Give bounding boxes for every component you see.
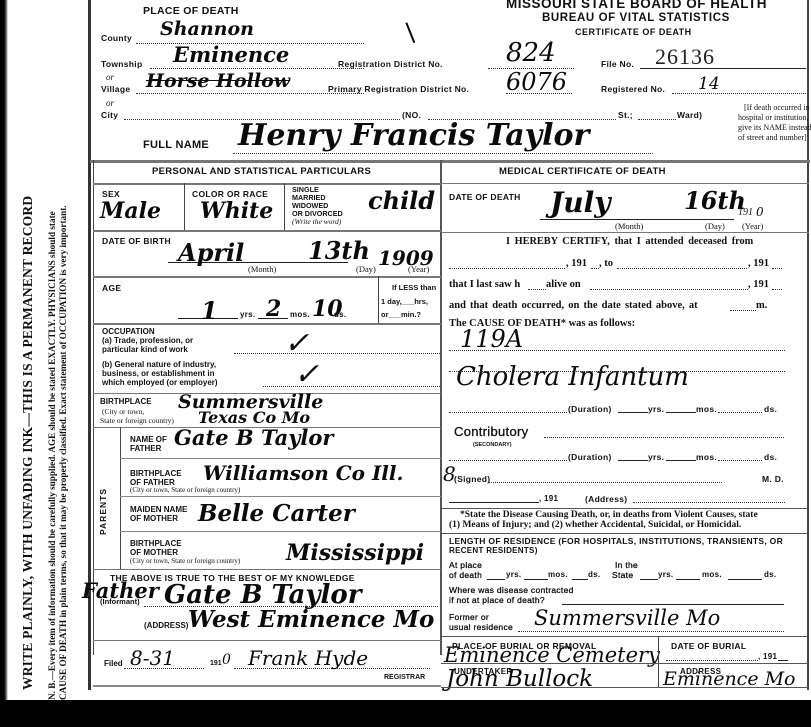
dod-year-value: 0 bbox=[756, 205, 764, 219]
nb-note-line-1: N. B.—Every item of information should b… bbox=[47, 211, 57, 700]
city-label: City bbox=[101, 110, 118, 120]
filed-year-value: 0 bbox=[222, 652, 231, 668]
agency-title: MISSOURI STATE BOARD OF HEALTH bbox=[506, 0, 767, 11]
sex-value: Male bbox=[100, 198, 161, 224]
undertaker-value: John Bullock bbox=[446, 666, 593, 692]
informant-address-label: (ADDRESS) bbox=[144, 622, 188, 630]
primary-district-label: Primary Registration District No. bbox=[328, 84, 469, 94]
place-of-death-heading: PLACE OF DEATH bbox=[143, 5, 239, 17]
scan-border-bottom bbox=[0, 700, 811, 727]
md-label: M. D. bbox=[762, 474, 784, 484]
certificate-title: CERTIFICATE OF DEATH bbox=[575, 27, 692, 37]
registered-no-label: Registered No. bbox=[601, 84, 665, 94]
section-divider bbox=[90, 160, 810, 163]
village-value-struck: Horse Hollow bbox=[146, 70, 290, 92]
full-name-label: FULL NAME bbox=[143, 139, 209, 151]
birthplace-label: BIRTHPLACE bbox=[100, 398, 152, 406]
bureau-title: BUREAU OF VITAL STATISTICS bbox=[542, 12, 730, 24]
county-value: Shannon bbox=[160, 18, 254, 40]
township-value: Eminence bbox=[173, 42, 289, 67]
file-no-label: File No. bbox=[601, 59, 634, 69]
occupation-heading: OCCUPATION bbox=[102, 328, 155, 336]
informant-address-value: West Eminence Mo bbox=[188, 606, 434, 633]
informant-label: (Informant) bbox=[100, 598, 140, 606]
date-of-death-label: DATE OF DEATH bbox=[449, 192, 521, 202]
occupation-trade-value: ✓ bbox=[284, 326, 309, 361]
dob-month-value: April bbox=[178, 238, 244, 267]
mother-maiden-name-value: Belle Carter bbox=[198, 500, 355, 527]
former-residence-value: Summersville Mo bbox=[534, 606, 720, 630]
mother-birthplace-value: Mississippi bbox=[286, 540, 424, 566]
father-name-value: Gate B Taylor bbox=[174, 425, 333, 450]
footnote-line-1: *State the Disease Causing Death, or, in… bbox=[460, 510, 758, 520]
nb-note-line-2: CAUSE OF DEATH in plain terms, so that i… bbox=[58, 205, 68, 700]
street-label: St.; bbox=[618, 110, 633, 120]
ward-label: Ward) bbox=[677, 110, 702, 120]
certify-statement: I HEREBY CERTIFY, that I attended deceas… bbox=[506, 236, 753, 247]
personal-heading: PERSONAL AND STATISTICAL PARTICULARS bbox=[152, 166, 371, 177]
registrar-label: REGISTRAR bbox=[384, 674, 425, 682]
village-label: Village bbox=[101, 84, 130, 94]
file-no-value: 26136 bbox=[655, 44, 715, 70]
age-label: AGE bbox=[102, 283, 121, 293]
binding-margin: WRITE PLAINLY, WITH UNFADING INK—THIS IS… bbox=[0, 0, 88, 727]
parents-bracket bbox=[120, 427, 121, 569]
dod-month-value: July bbox=[550, 186, 611, 219]
contributory-label: Contributory bbox=[454, 424, 528, 439]
residence-heading: LENGTH OF RESIDENCE (FOR HOSPITALS, INST… bbox=[449, 536, 783, 546]
medical-heading: MEDICAL CERTIFICATE OF DEATH bbox=[499, 166, 666, 177]
age-years-value: 1 bbox=[201, 296, 218, 325]
filed-date-value: 8-31 bbox=[130, 646, 175, 670]
permanent-record-instruction: WRITE PLAINLY, WITH UNFADING INK—THIS IS… bbox=[20, 196, 36, 690]
county-label: County bbox=[101, 33, 132, 43]
parents-label: PARENTS bbox=[98, 488, 108, 535]
full-name-value: Henry Francis Taylor bbox=[238, 118, 589, 153]
registration-district-label: Registration District No. bbox=[338, 59, 443, 69]
occupation-industry-value: ✓ bbox=[294, 357, 319, 392]
dob-day-value: 13th bbox=[308, 236, 370, 265]
signed-label: (Signed) bbox=[454, 474, 490, 484]
physician-address-label: (Address) bbox=[585, 494, 627, 504]
torn-edge bbox=[0, 0, 8, 727]
age-months-value: 2 bbox=[266, 296, 281, 322]
cause-code-value: 119A bbox=[460, 325, 523, 353]
registered-no-value: 14 bbox=[698, 74, 720, 94]
death-certificate-form: MISSOURI STATE BOARD OF HEALTH BUREAU OF… bbox=[88, 0, 811, 727]
footnote-line-2: (1) Means of Injury; and (2) whether Acc… bbox=[449, 520, 741, 530]
burial-date-label: DATE OF BURIAL bbox=[671, 641, 746, 651]
primary-district-value: 6076 bbox=[506, 68, 567, 96]
date-of-birth-label: DATE OF BIRTH bbox=[102, 236, 171, 246]
margin-tally-mark: \ bbox=[402, 17, 418, 48]
filed-label: Filed bbox=[104, 660, 123, 668]
dod-day-value: 16th bbox=[684, 186, 746, 215]
color-race-value: White bbox=[200, 198, 273, 224]
father-birthplace-value: Williamson Co Ill. bbox=[203, 461, 403, 485]
cause-of-death-value: Cholera Infantum bbox=[456, 362, 689, 392]
registration-district-value: 824 bbox=[506, 38, 556, 68]
column-divider bbox=[440, 160, 442, 655]
township-label: Township bbox=[101, 59, 142, 69]
marital-status-value: child bbox=[368, 186, 435, 215]
registrar-signature: Frank Hyde bbox=[248, 646, 368, 670]
